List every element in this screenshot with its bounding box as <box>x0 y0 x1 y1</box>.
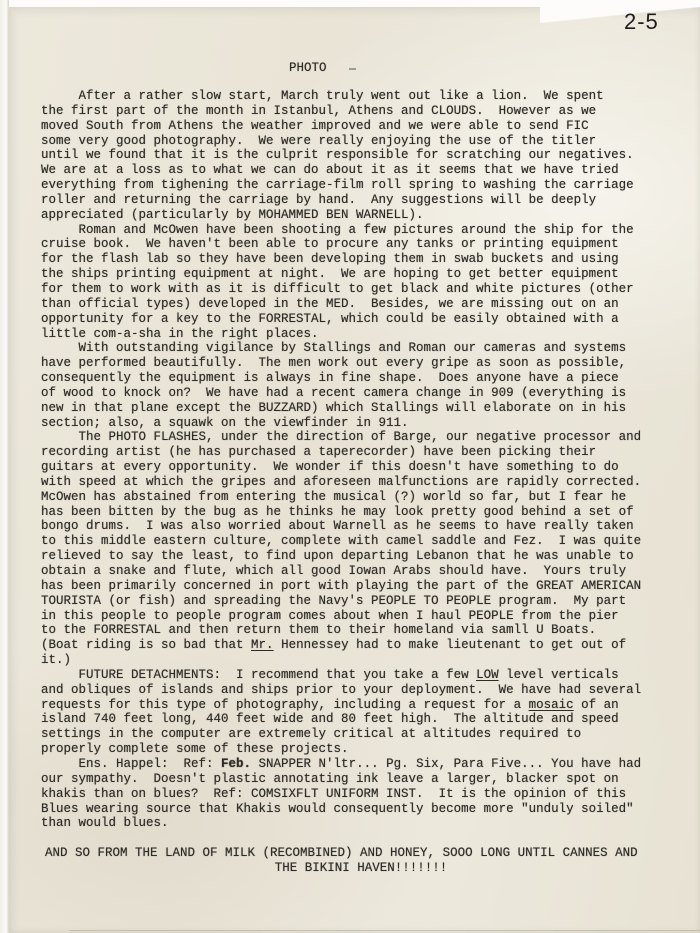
paragraph-intro-march: After a rather slow start, March truly w… <box>41 89 700 223</box>
page-title: PHOTO <box>289 61 327 75</box>
paragraph-ens-happel: Ens. Happel: Ref: Feb. SNAPPER N'ltr... … <box>41 757 700 831</box>
paragraph-cameras-systems: With outstanding vigilance by Stallings … <box>41 341 700 430</box>
closing-line-1: AND SO FROM THE LAND OF MILK (RECOMBINED… <box>45 846 700 861</box>
title-dash-artifact <box>349 68 356 70</box>
paragraph-cruise-book: Roman and McOwen have been shooting a fe… <box>41 223 700 342</box>
typed-body: After a rather slow start, March truly w… <box>41 89 700 876</box>
scan-artifact-line <box>69 930 700 931</box>
scanned-document-page: { "page": { "number": "2-5", "title": "P… <box>0 0 700 933</box>
paragraph-photo-flashes: The PHOTO FLASHES, under the direction o… <box>41 430 700 668</box>
paragraph-future-detachments: FUTURE DETACHMENTS: I recommend that you… <box>41 668 700 757</box>
paper-corner-fold <box>540 7 700 23</box>
page-number: 2-5 <box>624 9 659 35</box>
closing-line-2: THE BIKINI HAVEN!!!!!!! <box>41 861 681 876</box>
scanner-edge-left <box>0 0 9 933</box>
